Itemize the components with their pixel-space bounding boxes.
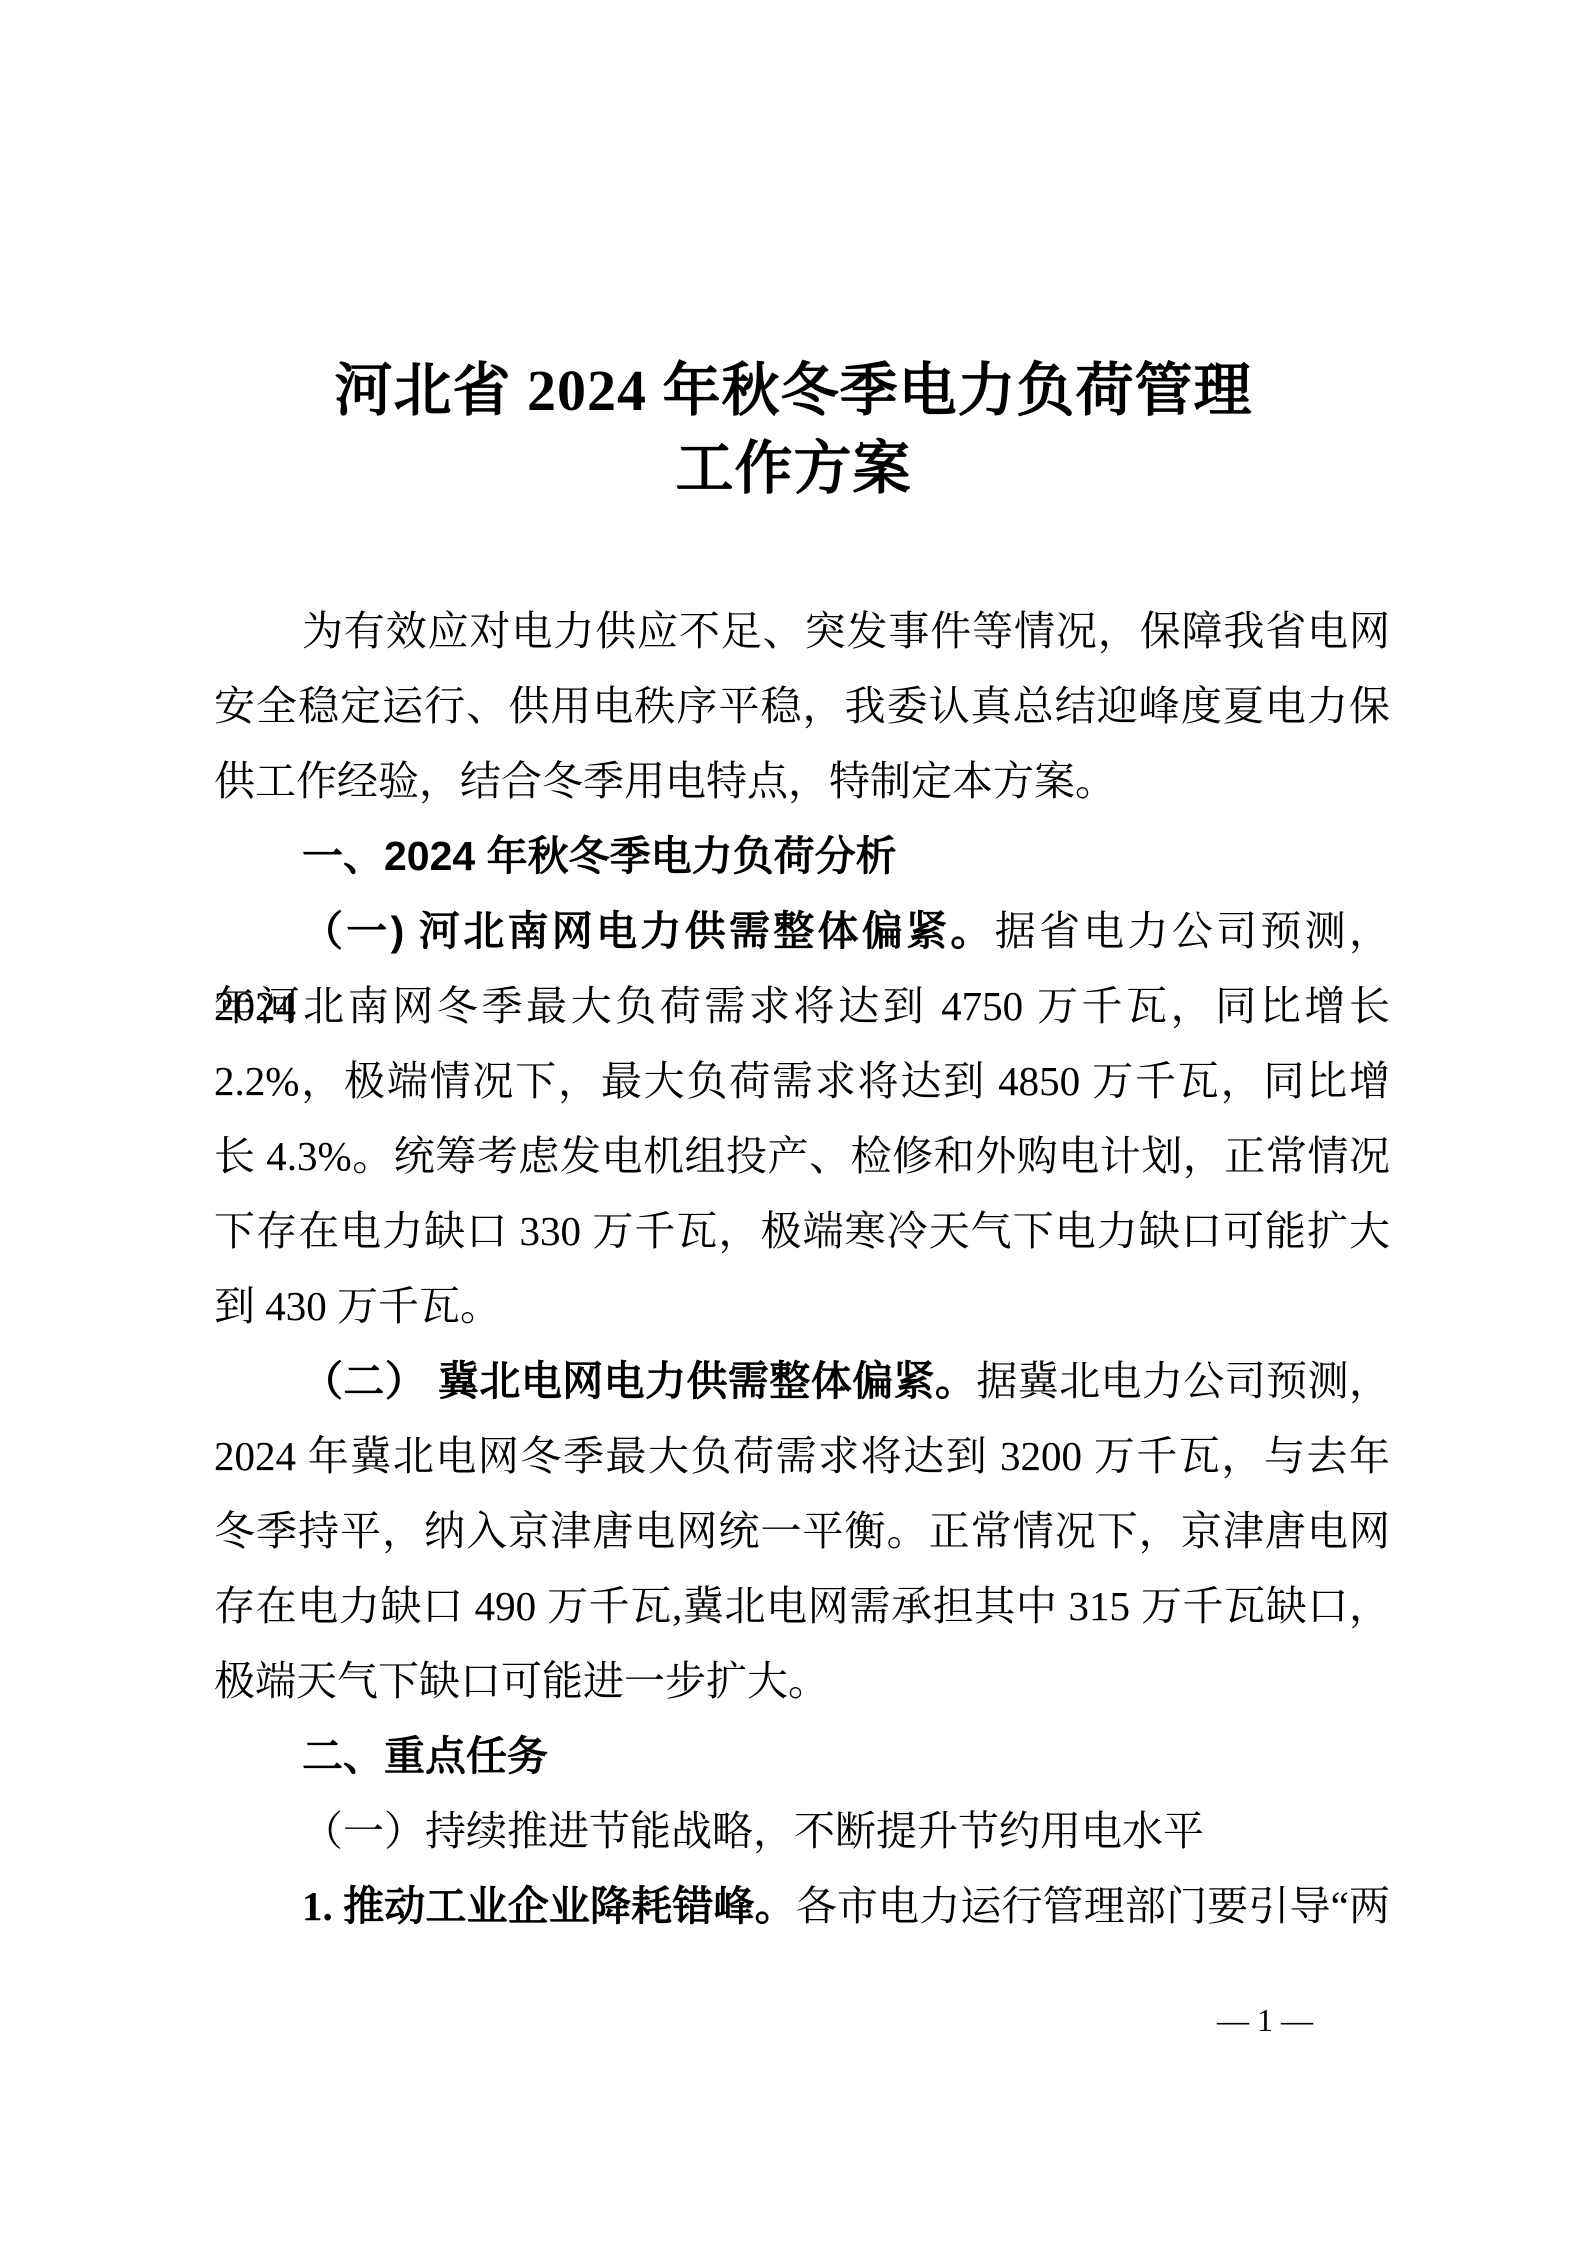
heading-sub-1: （一）持续推进节能战略，不断提升节约用电水平 (214, 1794, 1390, 1869)
text-segment-body: 为有效应对电力供应不足、突发事件等情况，保障我省电网 (302, 608, 1390, 654)
text-line: 2024 年冀北电网冬季最大负荷需求将达到 3200 万千瓦，与去年 (214, 1419, 1390, 1494)
text-segment-body: 据冀北电力公司预测， (976, 1358, 1390, 1404)
text-line: 极端天气下缺口可能进一步扩大。 (214, 1644, 1390, 1719)
para-hebei-south-grid: （一) 河北南网电力供需整体偏紧。据省电力公司预测，2024年河北南网冬季最大负… (214, 894, 1390, 1344)
text-segment-body: 下存在电力缺口 330 万千瓦，极端寒冷天气下电力缺口可能扩大 (214, 1208, 1390, 1254)
text-line: 2.2%，极端情况下，最大负荷需求将达到 4850 万千瓦，同比增 (214, 1044, 1390, 1119)
text-segment-hei: 二、重点任务 (302, 1733, 548, 1779)
text-segment-body: 到 430 万千瓦。 (214, 1283, 501, 1329)
text-line: （一）持续推进节能战略，不断提升节约用电水平 (214, 1794, 1390, 1869)
text-segment-body: 安全稳定运行、供用电秩序平稳，我委认真总结迎峰度夏电力保 (214, 683, 1390, 729)
text-line: 到 430 万千瓦。 (214, 1269, 1390, 1344)
document-title: 河北省 2024 年秋冬季电力负荷管理 工作方案 (0, 352, 1587, 508)
text-line: （一) 河北南网电力供需整体偏紧。据省电力公司预测，2024 (214, 894, 1390, 969)
text-segment-body: 各市电力运行管理部门要引导“两 (796, 1883, 1390, 1929)
text-segment-body: 极端天气下缺口可能进一步扩大。 (214, 1658, 829, 1704)
para-task-1: 1. 推动工业企业降耗错峰。各市电力运行管理部门要引导“两 (214, 1869, 1390, 1944)
text-segment-body: 存在电力缺口 490 万千瓦,冀北电网需承担其中 315 万千瓦缺口， (214, 1583, 1390, 1629)
text-line: 供工作经验，结合冬季用电特点，特制定本方案。 (214, 744, 1390, 819)
text-segment-body: 供工作经验，结合冬季用电特点，特制定本方案。 (214, 758, 1116, 804)
text-line: 1. 推动工业企业降耗错峰。各市电力运行管理部门要引导“两 (214, 1869, 1390, 1944)
heading-section-2: 二、重点任务 (214, 1719, 1390, 1794)
document-page: 河北省 2024 年秋冬季电力负荷管理 工作方案 为有效应对电力供应不足、突发事… (0, 0, 1587, 2245)
document-title-line-1: 河北省 2024 年秋冬季电力负荷管理 (0, 352, 1587, 430)
text-line: 存在电力缺口 490 万千瓦,冀北电网需承担其中 315 万千瓦缺口， (214, 1569, 1390, 1644)
text-segment-body: 年河北南网冬季最大负荷需求将达到 4750 万千瓦，同比增长 (214, 983, 1390, 1029)
document-title-line-2: 工作方案 (0, 430, 1587, 508)
text-segment-hei: 一、2024 年秋冬季电力负荷分析 (302, 833, 897, 879)
text-segment-body: 长 4.3%。统筹考虑发电机组投产、检修和外购电计划，正常情况 (214, 1133, 1390, 1179)
text-segment-body: 2.2%，极端情况下，最大负荷需求将达到 4850 万千瓦，同比增 (214, 1058, 1390, 1104)
text-segment-hei: （一) 河北南网电力供需整体偏紧。 (302, 908, 995, 954)
text-line: （二） 冀北电网电力供需整体偏紧。据冀北电力公司预测， (214, 1344, 1390, 1419)
text-segment-hei: （二） 冀北电网电力供需整体偏紧。 (302, 1358, 976, 1404)
document-body: 为有效应对电力供应不足、突发事件等情况，保障我省电网安全稳定运行、供用电秩序平稳… (214, 594, 1390, 1944)
page-number: — 1 — (1217, 2000, 1313, 2040)
text-line: 年河北南网冬季最大负荷需求将达到 4750 万千瓦，同比增长 (214, 969, 1390, 1044)
text-line: 安全稳定运行、供用电秩序平稳，我委认真总结迎峰度夏电力保 (214, 669, 1390, 744)
text-line: 为有效应对电力供应不足、突发事件等情况，保障我省电网 (214, 594, 1390, 669)
text-line: 冬季持平，纳入京津唐电网统一平衡。正常情况下，京津唐电网 (214, 1494, 1390, 1569)
text-segment-body: 冬季持平，纳入京津唐电网统一平衡。正常情况下，京津唐电网 (214, 1508, 1390, 1554)
para-intro: 为有效应对电力供应不足、突发事件等情况，保障我省电网安全稳定运行、供用电秩序平稳… (214, 594, 1390, 819)
text-segment-body: 2024 年冀北电网冬季最大负荷需求将达到 3200 万千瓦，与去年 (214, 1433, 1390, 1479)
text-line: 长 4.3%。统筹考虑发电机组投产、检修和外购电计划，正常情况 (214, 1119, 1390, 1194)
text-segment-kai: （一）持续推进节能战略，不断提升节约用电水平 (302, 1808, 1204, 1854)
text-line: 下存在电力缺口 330 万千瓦，极端寒冷天气下电力缺口可能扩大 (214, 1194, 1390, 1269)
text-line: 二、重点任务 (214, 1719, 1390, 1794)
text-line: 一、2024 年秋冬季电力负荷分析 (214, 819, 1390, 894)
heading-section-1: 一、2024 年秋冬季电力负荷分析 (214, 819, 1390, 894)
text-segment-bold-body: 1. 推动工业企业降耗错峰。 (302, 1883, 796, 1929)
para-jibei-grid: （二） 冀北电网电力供需整体偏紧。据冀北电力公司预测，2024 年冀北电网冬季最… (214, 1344, 1390, 1719)
